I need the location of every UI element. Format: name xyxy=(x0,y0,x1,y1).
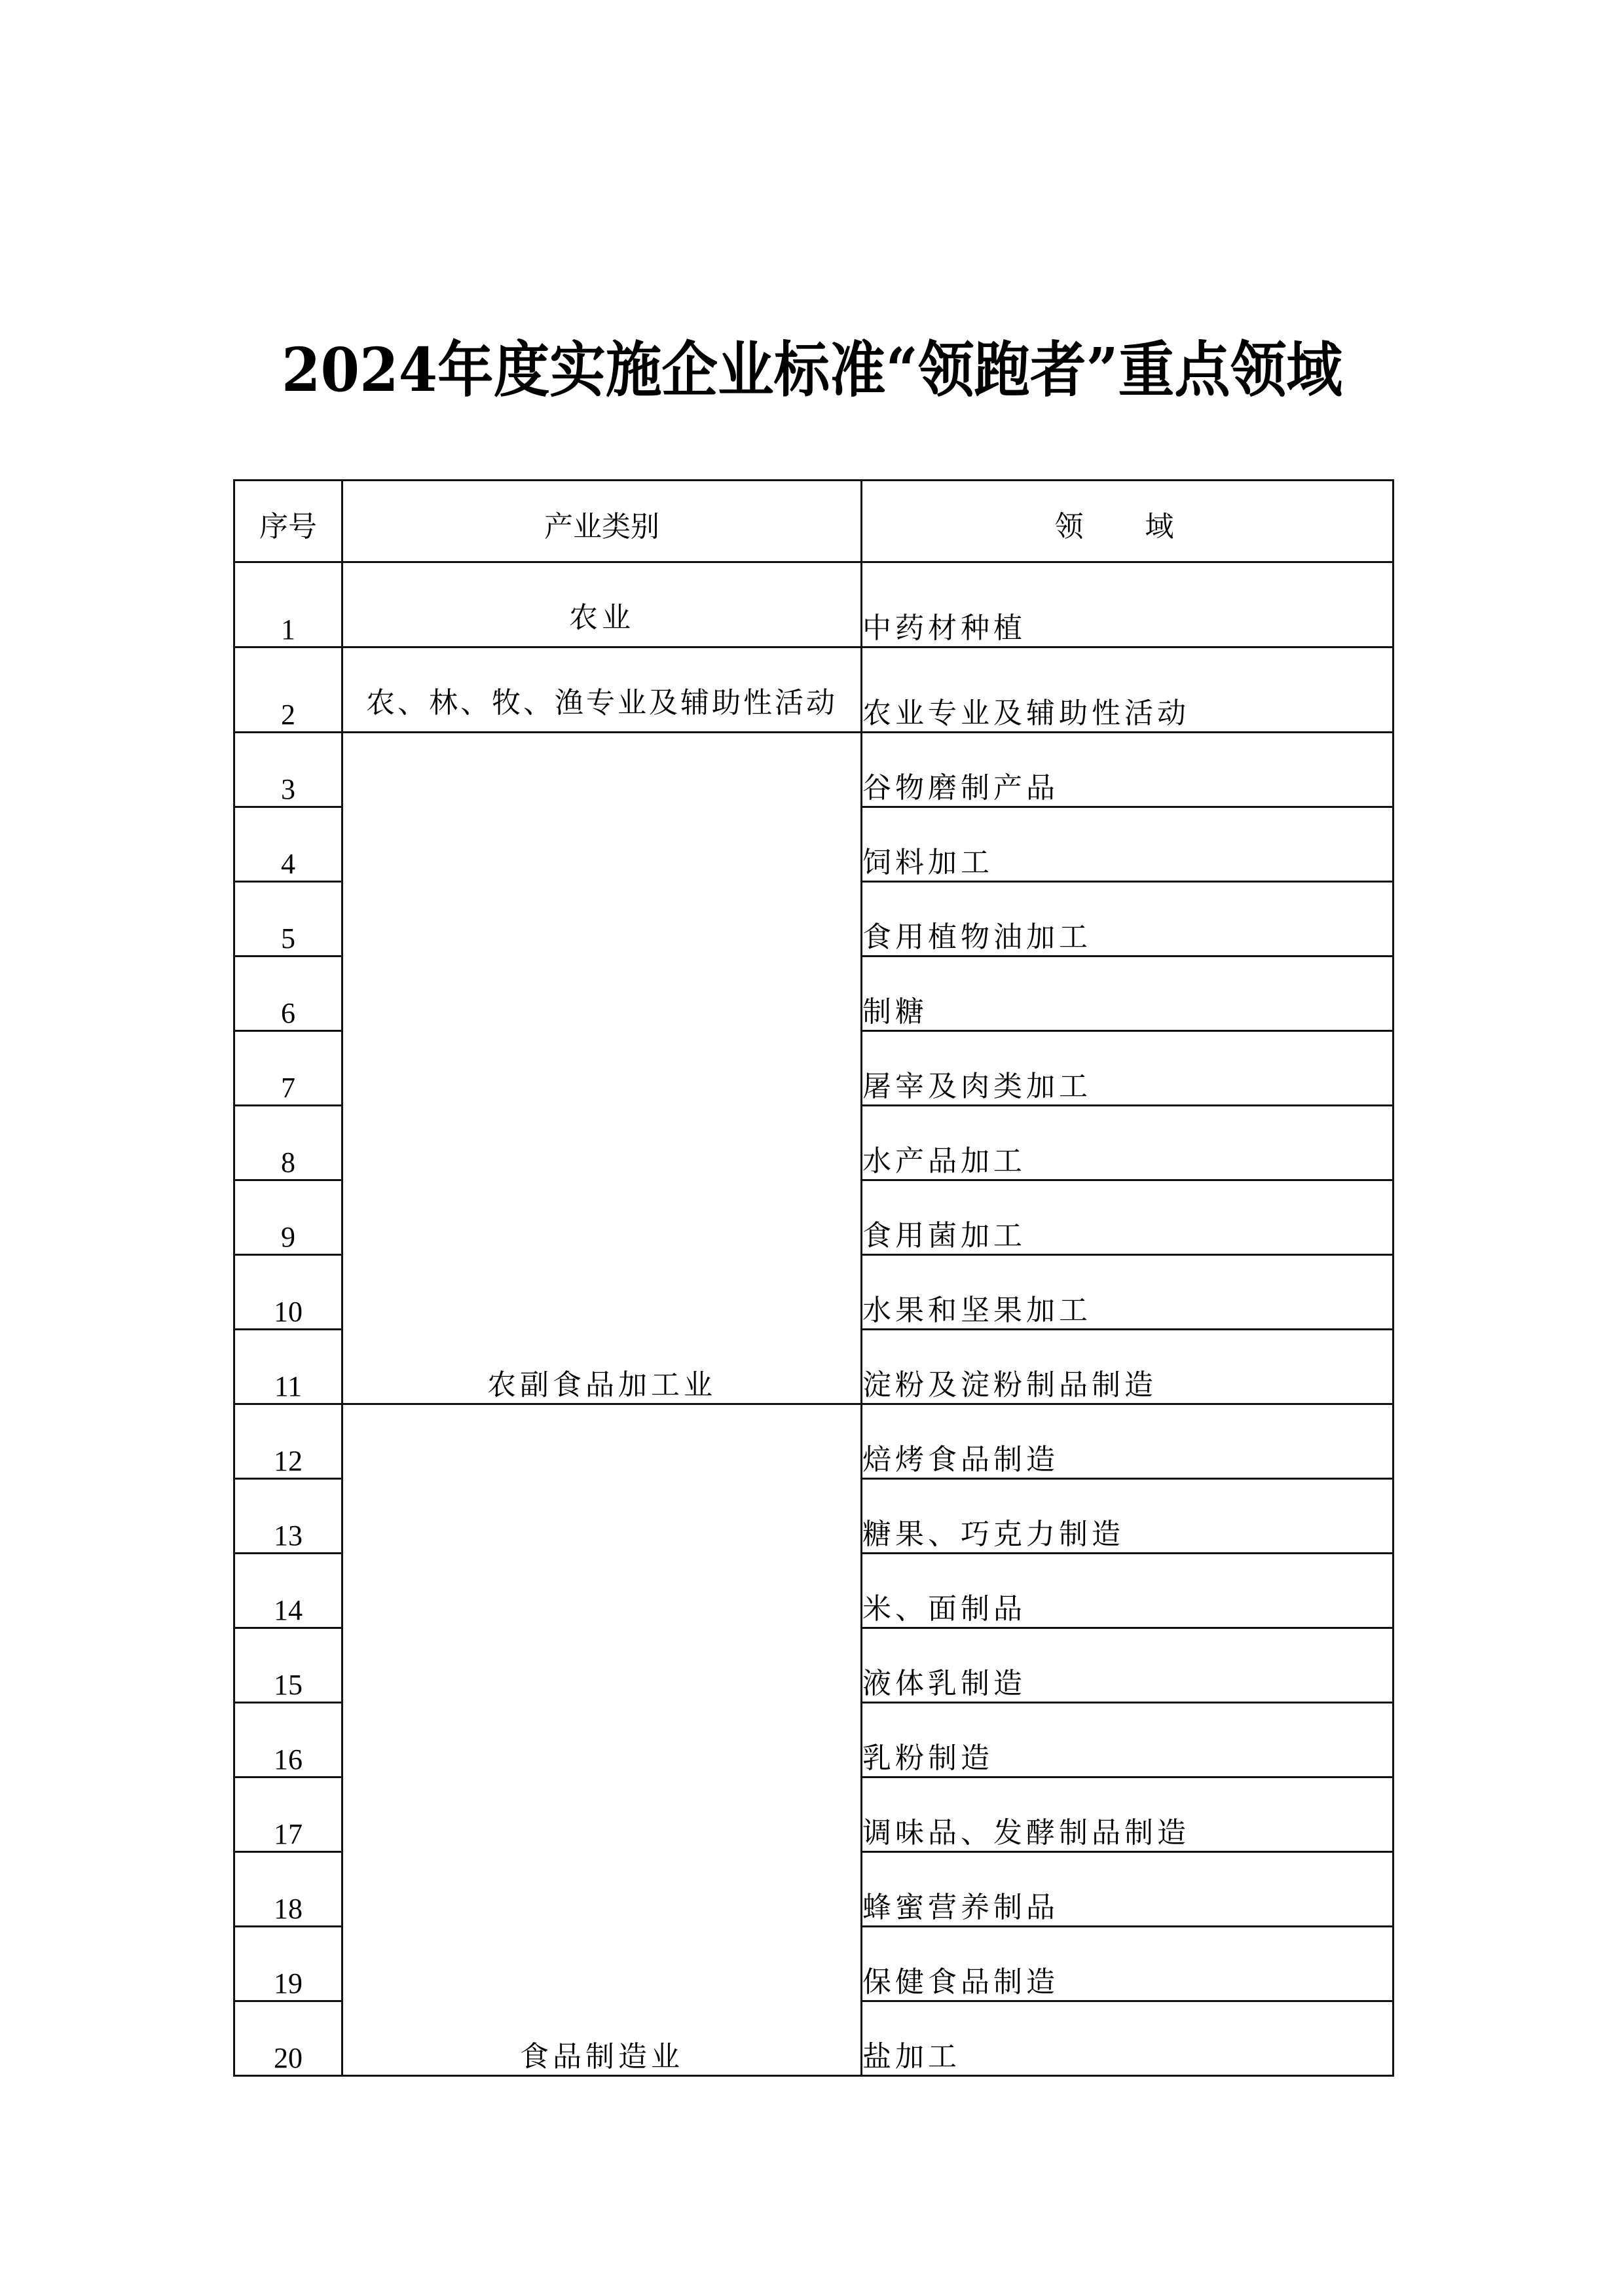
row-number: 1 xyxy=(234,562,342,647)
row-number: 9 xyxy=(234,1180,342,1255)
header-category: 产业类别 xyxy=(342,481,862,562)
category-cell: 农副食品加工业 xyxy=(342,733,862,1404)
domain-cell: 米、面制品 xyxy=(862,1554,1393,1628)
row-number: 16 xyxy=(234,1703,342,1777)
row-number: 12 xyxy=(234,1404,342,1479)
domain-cell: 调味品、发酵制品制造 xyxy=(862,1777,1393,1852)
table-row: 2 农、林、牧、渔专业及辅助性活动 农业专业及辅助性活动 xyxy=(234,647,1393,733)
domain-cell: 淀粉及淀粉制品制造 xyxy=(862,1330,1393,1404)
category-cell: 农、林、牧、渔专业及辅助性活动 xyxy=(342,647,862,733)
row-number: 3 xyxy=(234,733,342,807)
domain-cell: 屠宰及肉类加工 xyxy=(862,1031,1393,1106)
page-title: 2024年度实施企业标准“领跑者”重点领域 xyxy=(57,327,1567,412)
row-number: 10 xyxy=(234,1255,342,1330)
row-number: 14 xyxy=(234,1554,342,1628)
row-number: 17 xyxy=(234,1777,342,1852)
domain-cell: 乳粉制造 xyxy=(862,1703,1393,1777)
row-number: 5 xyxy=(234,882,342,957)
domain-cell: 蜂蜜营养制品 xyxy=(862,1852,1393,1927)
row-number: 11 xyxy=(234,1330,342,1404)
domain-cell: 饲料加工 xyxy=(862,807,1393,882)
domain-cell: 液体乳制造 xyxy=(862,1628,1393,1703)
table-row: 3 农副食品加工业 谷物磨制产品 xyxy=(234,733,1393,807)
category-cell: 食品制造业 xyxy=(342,1404,862,2076)
domain-cell: 谷物磨制产品 xyxy=(862,733,1393,807)
domain-cell: 水果和坚果加工 xyxy=(862,1255,1393,1330)
row-number: 18 xyxy=(234,1852,342,1927)
table-row: 1 农业 中药材种植 xyxy=(234,562,1393,647)
domain-cell: 保健食品制造 xyxy=(862,1927,1393,2001)
row-number: 13 xyxy=(234,1479,342,1554)
domain-cell: 糖果、巧克力制造 xyxy=(862,1479,1393,1554)
domain-cell: 焙烤食品制造 xyxy=(862,1404,1393,1479)
row-number: 20 xyxy=(234,2001,342,2076)
row-number: 7 xyxy=(234,1031,342,1106)
domain-cell: 食用菌加工 xyxy=(862,1180,1393,1255)
row-number: 15 xyxy=(234,1628,342,1703)
header-domain: 领 域 xyxy=(862,481,1393,562)
row-number: 8 xyxy=(234,1106,342,1180)
domain-cell: 水产品加工 xyxy=(862,1106,1393,1180)
row-number: 2 xyxy=(234,647,342,733)
key-domains-table: 序号 产业类别 领 域 1 农业 中药材种植 2 农、林、牧、渔专业及辅助性活动… xyxy=(233,479,1394,2077)
domain-cell: 盐加工 xyxy=(862,2001,1393,2076)
table-header-row: 序号 产业类别 领 域 xyxy=(234,481,1393,562)
category-cell: 农业 xyxy=(342,562,862,647)
header-no: 序号 xyxy=(234,481,342,562)
row-number: 4 xyxy=(234,807,342,882)
row-number: 19 xyxy=(234,1927,342,2001)
domain-cell: 中药材种植 xyxy=(862,562,1393,647)
table-row: 12 食品制造业 焙烤食品制造 xyxy=(234,1404,1393,1479)
domain-cell: 食用植物油加工 xyxy=(862,882,1393,957)
domain-cell: 制糖 xyxy=(862,957,1393,1031)
domain-cell: 农业专业及辅助性活动 xyxy=(862,647,1393,733)
row-number: 6 xyxy=(234,957,342,1031)
